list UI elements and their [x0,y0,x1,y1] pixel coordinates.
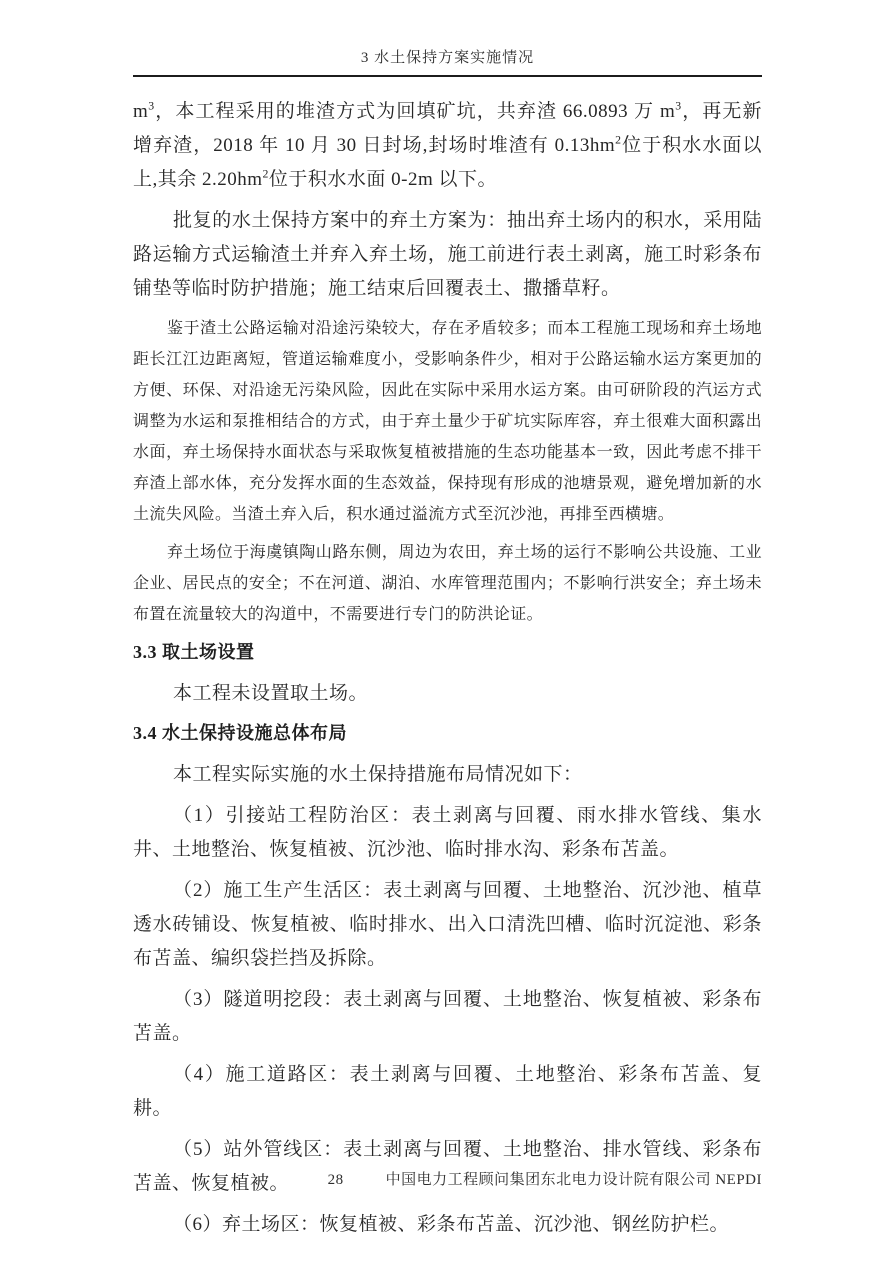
paragraph: 弃土场位于海虞镇陶山路东侧，周边为农田，弃土场的运行不影响公共设施、工业企业、居… [133,537,762,630]
section-heading: 3.3 取土场设置 [133,637,762,667]
paragraph: （5）站外管线区：表土剥离与回覆、土地整治、排水管线、彩条布苫盖、恢复植被。 [133,1133,762,1201]
paragraph: m3，本工程采用的堆渣方式为回填矿坑，共弃渣 66.0893 万 m3，再无新增… [133,95,762,197]
page-number: 28 [328,1172,344,1188]
page-header: 3 水土保持方案实施情况 [133,46,762,77]
section-heading: 3.4 水土保持设施总体布局 [133,718,762,748]
page-footer: 28中国电力工程顾问集团东北电力设计院有限公司 NEPDI [133,1168,762,1189]
document-body: m3，本工程采用的堆渣方式为回填矿坑，共弃渣 66.0893 万 m3，再无新增… [133,95,762,1242]
paragraph: 鉴于渣土公路运输对沿途污染较大，存在矛盾较多；而本工程施工现场和弃土场地距长江江… [133,313,762,530]
document-page: 3 水土保持方案实施情况 m3，本工程采用的堆渣方式为回填矿坑，共弃渣 66.0… [0,0,892,1263]
paragraph: （3）隧道明挖段：表土剥离与回覆、土地整治、恢复植被、彩条布苫盖。 [133,983,762,1051]
paragraph: （1）引接站工程防治区：表土剥离与回覆、雨水排水管线、集水井、土地整治、恢复植被… [133,799,762,867]
paragraph: 批复的水土保持方案中的弃土方案为：抽出弃土场内的积水，采用陆路运输方式运输渣土并… [133,204,762,306]
paragraph: （4）施工道路区：表土剥离与回覆、土地整治、彩条布苫盖、复耕。 [133,1058,762,1126]
paragraph: 本工程未设置取土场。 [133,677,762,711]
paragraph: 本工程实际实施的水土保持措施布局情况如下： [133,758,762,792]
page-header-title: 3 水土保持方案实施情况 [361,50,534,66]
paragraph: （6）弃土场区：恢复植被、彩条布苫盖、沉沙池、钢丝防护栏。 [133,1208,762,1242]
paragraph: （2）施工生产生活区：表土剥离与回覆、土地整治、沉沙池、植草透水砖铺设、恢复植被… [133,874,762,976]
footer-company-name: 中国电力工程顾问集团东北电力设计院有限公司 NEPDI [386,1172,762,1188]
